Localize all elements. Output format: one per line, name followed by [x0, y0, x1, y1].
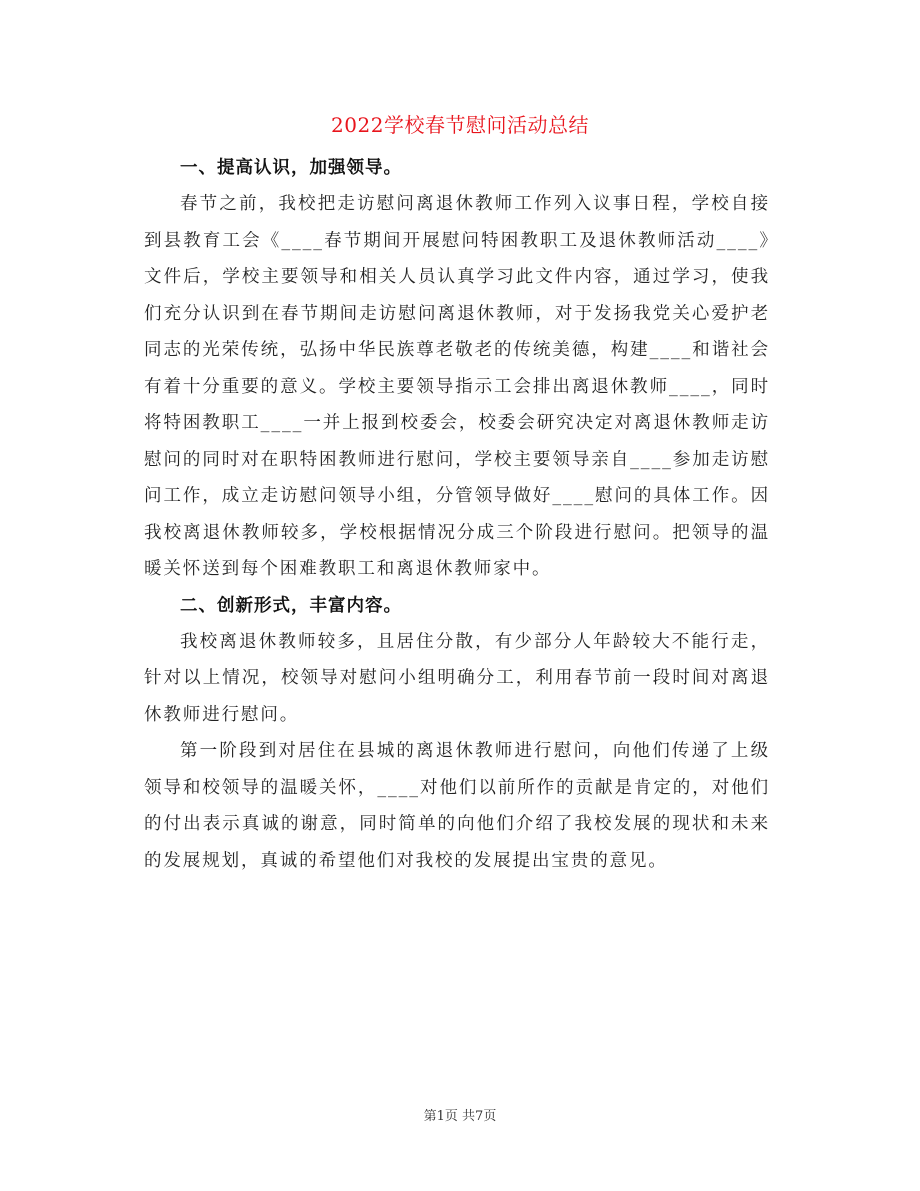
document-title: 2022学校春节慰问活动总结	[0, 110, 920, 140]
section-heading-2: 二、创新形式，丰富内容。	[144, 588, 770, 624]
page-number-footer: 第1页 共7页	[0, 1107, 920, 1127]
document-body: 一、提高认识，加强领导。 春节之前，我校把走访慰问离退休教师工作列入议事日程，学…	[144, 150, 770, 879]
document-page: 2022学校春节慰问活动总结 一、提高认识，加强领导。 春节之前，我校把走访慰问…	[0, 0, 920, 1191]
section-1-paragraph-1: 春节之前，我校把走访慰问离退休教师工作列入议事日程，学校自接到县教育工会《___…	[144, 186, 770, 588]
section-heading-1: 一、提高认识，加强领导。	[144, 150, 770, 186]
section-2-paragraph-1: 我校离退休教师较多，且居住分散，有少部分人年龄较大不能行走，针对以上情况，校领导…	[144, 624, 770, 734]
section-2-paragraph-2: 第一阶段到对居住在县城的离退休教师进行慰问，向他们传递了上级领导和校领导的温暖关…	[144, 733, 770, 879]
